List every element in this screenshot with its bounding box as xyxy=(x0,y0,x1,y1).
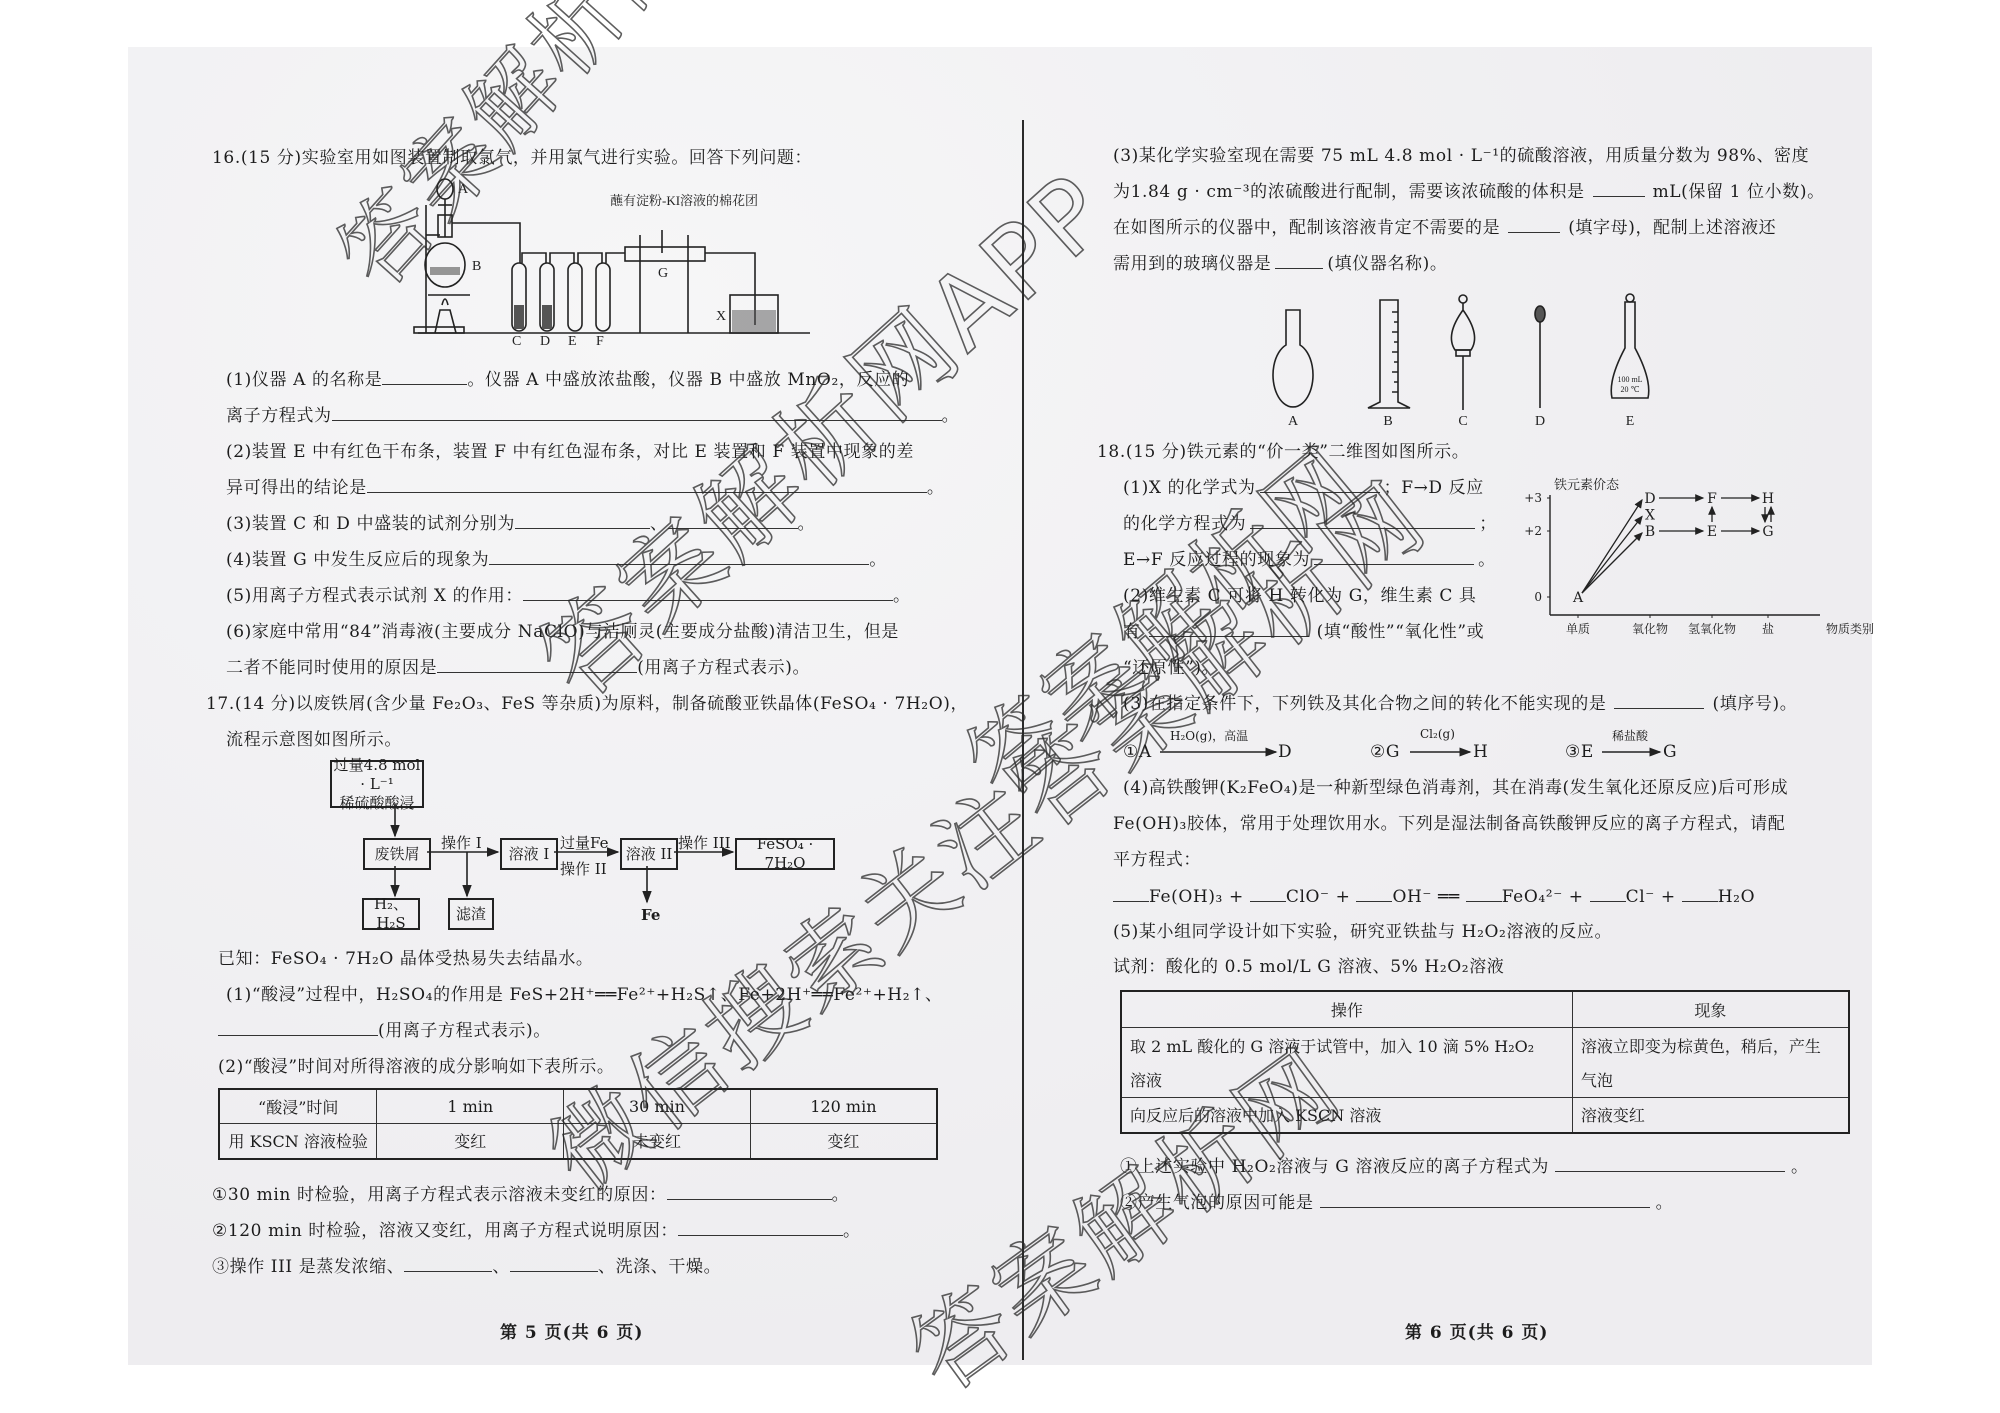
answer-blank[interactable] xyxy=(667,1183,832,1200)
q17-c3: ③操作 III 是蒸发浓缩、、、洗涤、干燥。 xyxy=(212,1255,721,1279)
coefficient-blank[interactable] xyxy=(1466,885,1502,902)
page-footer-left: 第 5 页(共 6 页) xyxy=(500,1318,643,1343)
page-footer-right: 第 6 页(共 6 页) xyxy=(1405,1318,1548,1343)
coefficient-blank[interactable] xyxy=(1682,885,1718,902)
coefficient-blank[interactable] xyxy=(1113,885,1149,902)
answer-blank[interactable] xyxy=(218,1019,378,1036)
q17-c1: ①30 min 时检验，用离子方程式表示溶液未变红的原因：。 xyxy=(212,1183,849,1207)
q18-balance-equation: Fe(OH)₃ + ClO⁻ + OH⁻ ══ FeO₄²⁻ + Cl⁻ + H… xyxy=(1113,885,1755,909)
coefficient-blank[interactable] xyxy=(1590,885,1626,902)
answer-blank[interactable] xyxy=(678,1219,843,1236)
q17-sub1-line2: (用离子方程式表示)。 xyxy=(218,1019,551,1043)
q18-experiment-table: 操作 现象 取 2 mL 酸化的 G 溶液于试管中，加入 10 滴 5% H₂O… xyxy=(1120,990,1850,1134)
q17-sub2: (2)“酸浸”时间对所得溶液的成分影响如下表所示。 xyxy=(218,1055,614,1079)
q17-sub1: (1)“酸浸”过程中，H₂SO₄的作用是 FeS+2H⁺══Fe²⁺+H₂S↑、… xyxy=(226,983,943,1007)
answer-blank[interactable] xyxy=(1320,1191,1650,1208)
q18-sub5: (5)某小组同学设计如下实验，研究亚铁盐与 H₂O₂溶液的反应。 xyxy=(1113,920,1612,944)
q18-c2: ②产生气泡的原因可能是。 xyxy=(1120,1191,1673,1215)
coefficient-blank[interactable] xyxy=(1250,885,1286,902)
q17-c2: ②120 min 时检验，溶液又变红，用离子方程式说明原因：。 xyxy=(212,1219,861,1243)
coefficient-blank[interactable] xyxy=(1356,885,1392,902)
answer-blank[interactable] xyxy=(404,1255,492,1272)
q18-c1: ①上述实验中 H₂O₂溶液与 G 溶液反应的离子方程式为。 xyxy=(1120,1155,1809,1179)
q17-acid-time-table: “酸浸”时间 1 min 30 min 120 min 用 KSCN 溶液检验 … xyxy=(218,1088,938,1160)
answer-blank[interactable] xyxy=(1555,1155,1785,1172)
answer-blank[interactable] xyxy=(510,1255,598,1272)
q18-sub4: (4)高铁酸钾(K₂FeO₄)是一种新型绿色消毒剂，其在消毒(发生氧化还原反应)… xyxy=(1123,776,1788,800)
q18-sub4-line2: Fe(OH)₃胶体，常用于处理饮用水。下列是湿法制备高铁酸钾反应的离子方程式，请… xyxy=(1113,812,1785,836)
q18-sub4-line3: 平方程式： xyxy=(1113,848,1201,872)
q18-sub5-reagents: 试剂：酸化的 0.5 mol/L G 溶液、5% H₂O₂溶液 xyxy=(1113,955,1504,979)
q17-known: 已知：FeSO₄ · 7H₂O 晶体受热易失去结晶水。 xyxy=(218,947,594,971)
